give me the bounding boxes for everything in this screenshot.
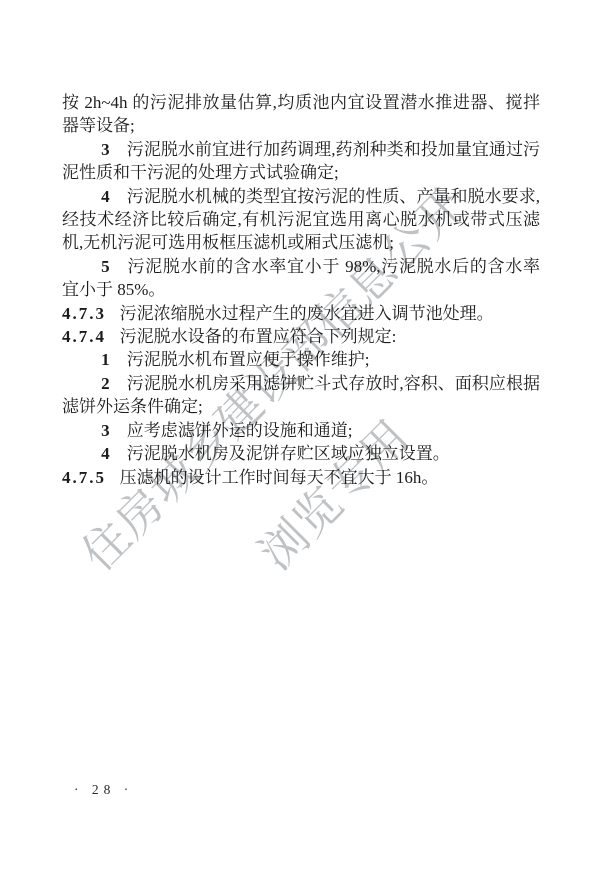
page-number: · 28 ·	[74, 782, 133, 798]
paragraph: 5污泥脱水前的含水率宜小于 98%,污泥脱水后的含水率宜小于 85%。	[62, 255, 540, 302]
paragraph-text: 污泥脱水设备的布置应符合下列规定:	[120, 327, 397, 346]
paragraph: 4污泥脱水机房及泥饼存贮区域应独立设置。	[62, 442, 540, 465]
paragraph-text: 污泥脱水前宜进行加药调理,药剂种类和投加量宜通过污泥性质和干污泥的处理方式试验确…	[62, 140, 540, 182]
paragraph-text: 污泥脱水机械的类型宜按污泥的性质、产量和脱水要求,经技术经济比较后确定,有机污泥…	[62, 187, 540, 253]
paragraph-number: 2	[101, 374, 111, 393]
paragraph-text: 压滤机的设计工作时间每天不宜大于 16h。	[120, 468, 439, 487]
paragraph-number: 4.7.3	[62, 304, 106, 323]
paragraph: 3应考虑滤饼外运的设施和通道;	[62, 419, 540, 442]
paragraph-text: 应考虑滤饼外运的设施和通道;	[127, 421, 353, 440]
paragraph: 2污泥脱水机房采用滤饼贮斗式存放时,容积、面积应根据滤饼外运条件确定;	[62, 372, 540, 419]
paragraph: 4.7.4污泥脱水设备的布置应符合下列规定:	[62, 325, 540, 348]
paragraph-number: 4	[101, 187, 111, 206]
paragraph-number: 4.7.5	[62, 468, 106, 487]
paragraph: 1污泥脱水机布置应便于操作维护;	[62, 348, 540, 371]
paragraph: 4污泥脱水机械的类型宜按污泥的性质、产量和脱水要求,经技术经济比较后确定,有机污…	[62, 185, 540, 255]
document-page: 住房城乡建设部信息公开 浏览专用 按 2h~4h 的污泥排放量估算,均质池内宜设…	[0, 0, 600, 870]
paragraph: 3污泥脱水前宜进行加药调理,药剂种类和投加量宜通过污泥性质和干污泥的处理方式试验…	[62, 138, 540, 185]
paragraph: 按 2h~4h 的污泥排放量估算,均质池内宜设置潜水推进器、搅拌器等设备;	[62, 91, 540, 138]
paragraph-text: 污泥脱水机房及泥饼存贮区域应独立设置。	[127, 444, 450, 463]
paragraph-number: 4.7.4	[62, 327, 106, 346]
paragraph-number: 5	[101, 257, 111, 276]
paragraph: 4.7.5压滤机的设计工作时间每天不宜大于 16h。	[62, 466, 540, 489]
paragraph-text: 污泥脱水机房采用滤饼贮斗式存放时,容积、面积应根据滤饼外运条件确定;	[62, 374, 540, 416]
paragraph-number: 3	[101, 140, 111, 159]
paragraph-number: 3	[101, 421, 111, 440]
paragraph-number: 1	[101, 350, 111, 369]
paragraph-number: 4	[101, 444, 111, 463]
text-block: 按 2h~4h 的污泥排放量估算,均质池内宜设置潜水推进器、搅拌器等设备; 3污…	[62, 91, 540, 489]
paragraph-text: 污泥脱水前的含水率宜小于 98%,污泥脱水后的含水率宜小于 85%。	[62, 257, 540, 299]
paragraph-text: 按 2h~4h 的污泥排放量估算,均质池内宜设置潜水推进器、搅拌器等设备;	[62, 93, 540, 135]
paragraph-text: 污泥浓缩脱水过程产生的废水宜进入调节池处理。	[120, 304, 494, 323]
paragraph: 4.7.3污泥浓缩脱水过程产生的废水宜进入调节池处理。	[62, 302, 540, 325]
paragraph-text: 污泥脱水机布置应便于操作维护;	[127, 350, 370, 369]
